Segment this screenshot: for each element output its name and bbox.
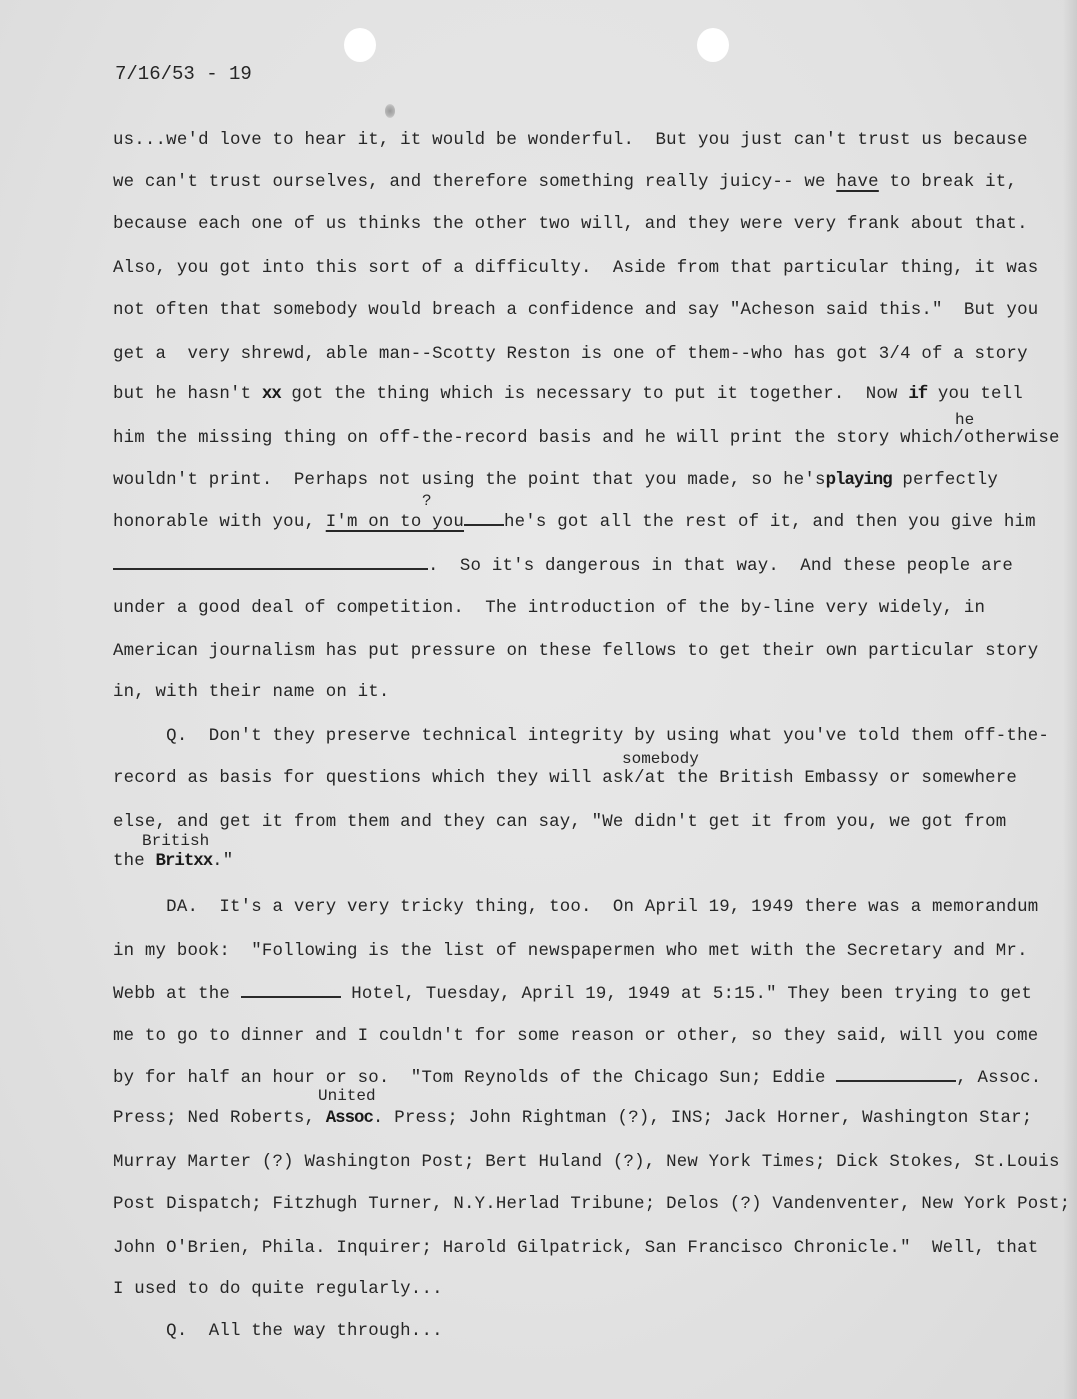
text-segment: Press; Ned Roberts, (113, 1109, 326, 1128)
blank-line (113, 567, 428, 570)
query-mark: ? (422, 492, 432, 510)
struck-out-text: Assoc (326, 1109, 373, 1128)
text-line: the Britxx." (113, 852, 233, 871)
handwritten-insertion: British (142, 832, 209, 850)
underlined-word: have (836, 173, 879, 192)
typewritten-page: 7/16/53 - 19 us...we'd love to hear it, … (0, 0, 1077, 1399)
text-segment: , Assoc. (956, 1069, 1041, 1088)
text-segment: but he hasn't (113, 385, 262, 404)
struck-out-text: playing (826, 471, 892, 490)
text-line: we can't trust ourselves, and therefore … (113, 173, 1017, 192)
struck-out-text: xx (262, 385, 281, 404)
text-line: Post Dispatch; Fitzhugh Turner, N.Y.Herl… (113, 1195, 1070, 1214)
punch-hole-left (344, 28, 376, 62)
text-line: because each one of us thinks the other … (113, 215, 1028, 234)
text-line: him the missing thing on off-the-record … (113, 429, 1060, 448)
text-segment: he's got all the rest of it, and then yo… (504, 513, 1036, 532)
text-segment: Webb at the (113, 985, 241, 1004)
text-segment: we can't trust ourselves, and therefore … (113, 173, 836, 192)
text-segment: Hotel, Tuesday, April 19, 1949 at 5:15."… (341, 985, 1032, 1004)
page-header-date: 7/16/53 - 19 (115, 63, 252, 85)
text-line: under a good deal of competition. The in… (113, 599, 985, 618)
text-line: not often that somebody would breach a c… (113, 301, 1038, 320)
text-line: by for half an hour or so. "Tom Reynolds… (113, 1069, 1041, 1088)
text-line: in my book: "Following is the list of ne… (113, 942, 1028, 961)
text-line: Q. All the way through... (113, 1322, 443, 1341)
text-line: us...we'd love to hear it, it would be w… (113, 131, 1028, 150)
text-line: me to go to dinner and I couldn't for so… (113, 1027, 1038, 1046)
handwritten-insertion: United (318, 1087, 376, 1105)
handwritten-insertion: he (955, 411, 974, 429)
underlined-phrase: I'm on to you (326, 513, 464, 532)
text-line: record as basis for questions which they… (113, 769, 1017, 788)
blank-line (836, 1079, 956, 1082)
text-line: wouldn't print. Perhaps not using the po… (113, 471, 998, 490)
text-line: in, with their name on it. (113, 683, 390, 702)
text-segment: honorable with you, (113, 513, 326, 532)
text-segment: perfectly (892, 471, 998, 490)
text-line: Press; Ned Roberts, Assoc. Press; John R… (113, 1109, 1032, 1128)
text-line: get a very shrewd, able man--Scotty Rest… (113, 345, 1028, 364)
blank-line (241, 995, 341, 998)
text-line: . So it's dangerous in that way. And the… (113, 557, 1013, 576)
text-segment: . So it's dangerous in that way. And the… (428, 557, 1013, 576)
text-line: else, and get it from them and they can … (113, 813, 1006, 832)
text-line: Q. Don't they preserve technical integri… (113, 727, 1049, 746)
text-segment: wouldn't print. Perhaps not using the po… (113, 471, 826, 490)
handwritten-insertion: somebody (622, 750, 699, 768)
text-segment: got the thing which is necessary to put … (281, 385, 909, 404)
text-line: DA. It's a very very tricky thing, too. … (113, 898, 1038, 917)
text-segment: you tell (927, 385, 1023, 404)
struck-out-text: Britxx (156, 852, 213, 871)
text-line: American journalism has put pressure on … (113, 642, 1038, 661)
punch-hole-right (697, 28, 729, 62)
struck-out-text: if (908, 385, 927, 404)
text-segment: . Press; John Rightman (?), INS; Jack Ho… (373, 1109, 1032, 1128)
ink-smudge (385, 104, 395, 118)
text-segment: the (113, 852, 156, 871)
text-line: Murray Marter (?) Washington Post; Bert … (113, 1153, 1060, 1172)
text-segment: by for half an hour or so. "Tom Reynolds… (113, 1069, 836, 1088)
text-line: John O'Brien, Phila. Inquirer; Harold Gi… (113, 1239, 1038, 1258)
blank-line (464, 523, 504, 526)
text-line: but he hasn't xx got the thing which is … (113, 385, 1023, 404)
text-segment: to break it, (879, 173, 1017, 192)
text-line: Webb at the Hotel, Tuesday, April 19, 19… (113, 985, 1032, 1004)
page-edge-shadow (1063, 0, 1077, 1399)
text-segment: ." (212, 852, 233, 871)
text-line: honorable with you, I'm on to youhe's go… (113, 513, 1036, 532)
text-line: Also, you got into this sort of a diffic… (113, 259, 1038, 278)
text-line: I used to do quite regularly... (113, 1280, 443, 1299)
